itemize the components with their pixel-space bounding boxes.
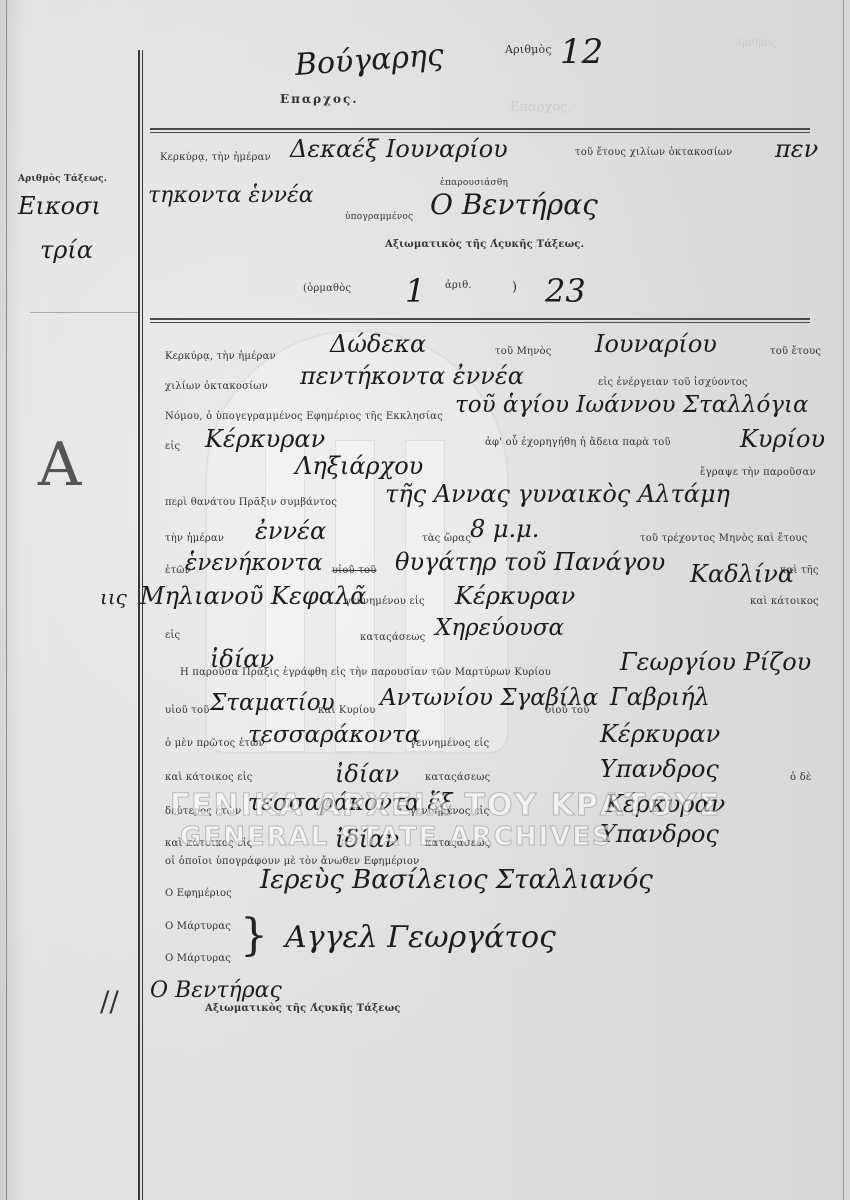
- hour-label: τὰς ὥρας: [422, 533, 471, 544]
- section-rule: [150, 318, 810, 320]
- order-number-value-cont: τρία: [40, 236, 93, 264]
- order-number-value: Εικοσι: [18, 192, 101, 220]
- left-page-edge-line: [6, 0, 7, 1200]
- son-label: υἱοῦ τοῦ: [165, 705, 210, 716]
- witness1-father-value: Σταματίου: [210, 690, 335, 716]
- witness1-resident-label: καὶ κάτοικος εἰς: [165, 772, 253, 783]
- wrote-label: ἔγραψε τὴν παροῦσαν: [700, 467, 816, 478]
- witness1-age-value: τεσσαράκοντα: [248, 722, 420, 748]
- bleed-through-eparch: Επαρχος.: [510, 100, 572, 115]
- act-in-label-2: εἰς: [165, 630, 180, 641]
- act-month-label: τοῦ Μηνὸς: [495, 346, 552, 357]
- age-value: ἑνενήκοντα: [185, 550, 323, 576]
- witness1-sign-label: Ο Μάρτυρας: [165, 921, 231, 932]
- number-label: Αριθμὸς: [505, 43, 552, 56]
- deceased-value: τῆς Αννας γυναικὸς Αλτάμη: [385, 480, 730, 508]
- reg-officer-title: Αξιωματικὸς τῆς Λ̔ςυκῆς Τάξεως.: [385, 239, 584, 250]
- reg-day-value: Δεκαέξ Ιουναρίου: [290, 135, 508, 163]
- margin-slash-mark: //: [100, 985, 119, 1018]
- church-value: τοῦ ἁγίου Ιωάννου Σταλλόγια: [455, 392, 809, 418]
- witness-intro-text: Η παροῦσα Πρᾶξις ἐγράφθη εἰς τὴν παρουσί…: [180, 667, 551, 678]
- margin-double-rule: [142, 50, 143, 1200]
- reg-officer-signature: Ο Βεντήρας: [430, 188, 598, 221]
- witness-signature: Αγγελ Γεωργάτος: [285, 920, 556, 955]
- arith-label: ἀριθ.: [445, 280, 472, 291]
- born-label: γεννημένου εἰς: [345, 596, 425, 607]
- watermark-greek: ΓΕΝΙΚΑ ΑΡΧΕΙΑ ΤΟΥ ΚΡΑΤΟΥΣ: [170, 788, 721, 823]
- witness1-born-value: Κέρκυραν: [600, 720, 720, 748]
- permit-value-cont: Ληξιάρχου: [295, 452, 423, 480]
- eparch-signature: Βούγαρης: [294, 38, 445, 83]
- number-value: 12: [560, 32, 603, 72]
- margin-prefix: ιις: [100, 585, 127, 609]
- son2-label: υἱοῦ τοῦ: [545, 705, 590, 716]
- margin-double-rule: [138, 50, 140, 1200]
- struck-text: υἱοῦ τοῦ: [332, 565, 377, 576]
- current-month-label: τοῦ τρέχοντος Μηνὸς καὶ ἔτους: [640, 533, 808, 544]
- act-in-label: εἰς: [165, 441, 180, 452]
- bleed-through-number: Αριθμὸς: [735, 38, 776, 49]
- death-label: περὶ θανάτου Πρᾶξιν συμβάντος: [165, 497, 337, 508]
- mother-surname-value: Μηλιανοῦ Κεφαλᾶ: [140, 582, 366, 610]
- act-officer-title: Αξιωματικὸς τῆς Λ̔ςυκῆς Τάξεως: [205, 1003, 401, 1014]
- priest-signature: Ιερεὺς Βασίλειος Σταλλιανός: [260, 865, 653, 895]
- witness1-condition-label: καταςάσεως: [425, 772, 490, 783]
- undersigned-label: ὑπογραμμένος: [345, 212, 413, 222]
- witness1-resident-value: ἰδίαν: [335, 760, 399, 788]
- witness2-father-value: Γαβριήλ: [610, 683, 710, 711]
- act-day-label-2: τὴν ἡμέραν: [165, 533, 224, 544]
- and-mister-label: καὶ Κυρίου: [318, 705, 376, 716]
- reg-year-value-cont: τηκοντα ἑννέα: [148, 183, 314, 208]
- act-year-value: πεντήκοντα ἐννέα: [300, 362, 524, 390]
- witness-brace: }: [240, 910, 268, 961]
- bundle-label: (ὁρμαθὸς: [303, 283, 351, 294]
- mother-value: Καδλίνα: [690, 560, 794, 588]
- right-page-edge-line: [843, 0, 844, 1200]
- witness1-condition-value: Υπανδρος: [600, 755, 719, 783]
- act-place-day-label: Κερκύρᾳ, τὴν ἡμέραν: [165, 351, 276, 362]
- condition-value: Χηρεύουσα: [435, 615, 564, 641]
- document-page: Αριθμὸς Επαρχος. Βούγαρης Επαρχος. Αριθμ…: [0, 0, 850, 1200]
- condition-label: καταςάσεως: [360, 632, 425, 643]
- witness1-value: Γεωργίου Ρίζου: [620, 648, 811, 676]
- resident-label: καὶ κάτοικος: [750, 596, 819, 607]
- reg-year-value: πεν: [775, 135, 818, 163]
- born-value: Κέρκυραν: [455, 582, 575, 610]
- margin-section-rule: [30, 312, 138, 313]
- witness2-condition-value: Υπανδρος: [600, 820, 719, 848]
- act-officer-signature: Ο Βεντήρας: [150, 978, 282, 1003]
- priest-label: Ο Εφημέριος: [165, 888, 232, 899]
- act-law-label: εἰς ἐνέργειαν τοῦ ἰσχύοντος: [598, 377, 748, 388]
- watermark-english: GENERAL STATE ARCHIVES: [180, 822, 613, 852]
- act-month-value: Ιουναρίου: [595, 330, 717, 358]
- act-thousands-label: χιλίων ὀκτακοσίων: [165, 381, 268, 392]
- presented-label: ἐπαρουσιάσθη: [440, 178, 508, 188]
- arith-value: 23: [545, 272, 586, 310]
- arith-close: ): [512, 280, 517, 295]
- de-label: ὁ δὲ: [790, 772, 811, 783]
- header-rule: [150, 132, 810, 133]
- father-value: θυγάτηρ τοῦ Πανάγου: [395, 548, 665, 576]
- margin-mark: A: [38, 430, 81, 500]
- section-rule: [150, 322, 810, 323]
- order-number-label: Αριθμὸς Τάξεως.: [18, 174, 107, 184]
- death-day-value: ἐννέα: [255, 517, 326, 545]
- permit-value: Κυρίου: [740, 425, 825, 453]
- act-day-value: Δώδεκα: [330, 330, 426, 358]
- permit-label: ἀφ' οὗ ἐχορηγήθη ἡ ἄδεια παρὰ τοῦ: [485, 437, 671, 448]
- witness2-sign-label: Ο Μάρτυρας: [165, 953, 231, 964]
- bundle-value: 1: [405, 272, 425, 310]
- eparch-label: Επαρχος.: [280, 92, 359, 106]
- act-law-text: Νόμου, ὁ ὑπογεγραμμένος Εφημέριος τῆς Εκ…: [165, 411, 443, 422]
- act-year-label: τοῦ ἔτους: [770, 346, 821, 357]
- header-rule: [150, 128, 810, 130]
- reg-year-label: τοῦ ἔτους χιλίων ὀκτακοσίων: [575, 147, 732, 158]
- act-place-value: Κέρκυραν: [205, 425, 325, 453]
- hour-value: 8 μ.μ.: [470, 515, 539, 543]
- reg-place-day-label: Κερκύρᾳ, τὴν ἡμέραν: [160, 152, 271, 163]
- witness1-born-label: γεννημένος εἰς: [410, 738, 489, 749]
